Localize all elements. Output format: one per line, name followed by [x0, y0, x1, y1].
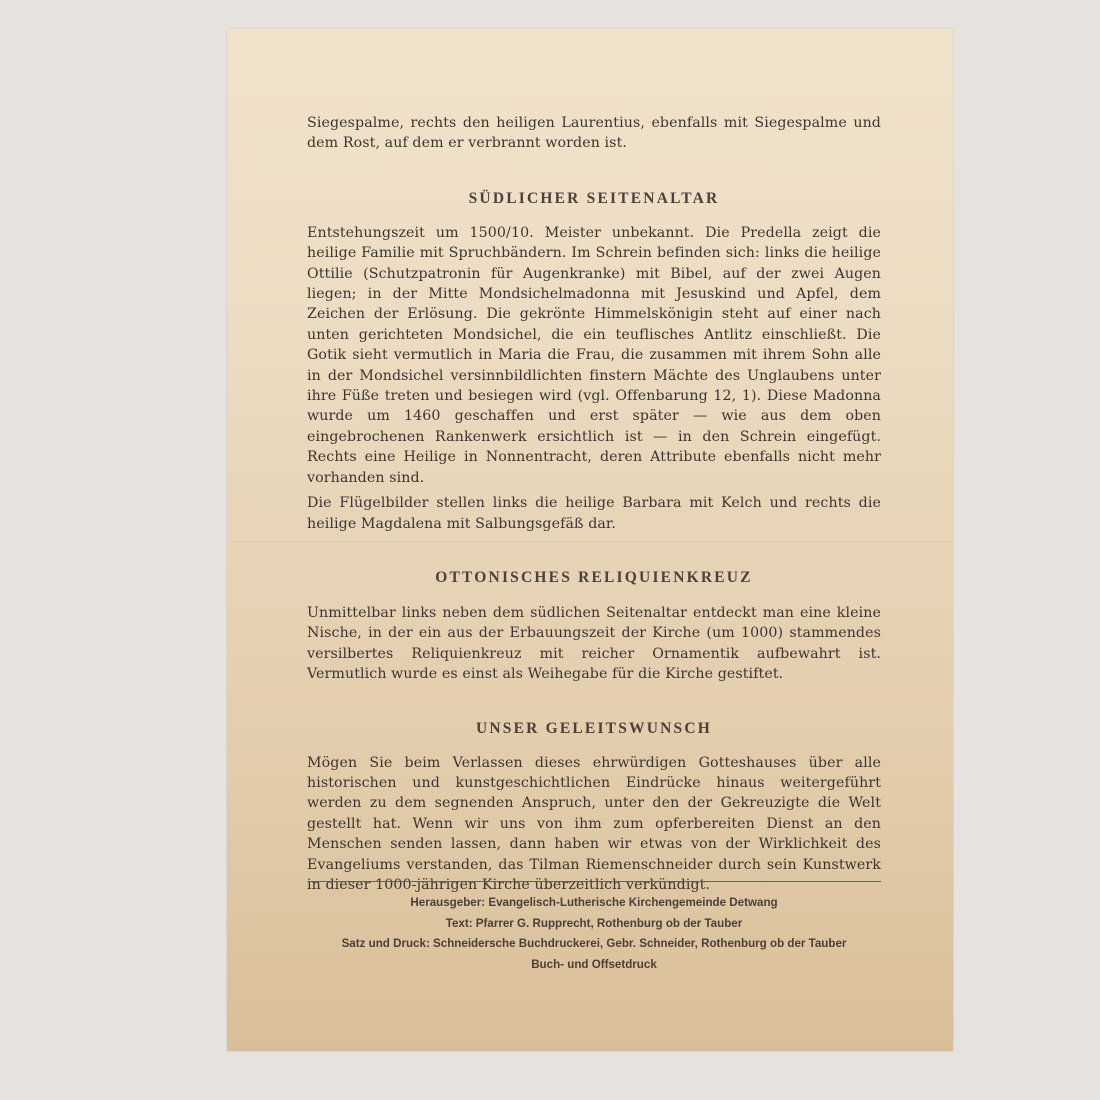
footer-print-type: Buch- und Offsetdruck [287, 955, 901, 976]
section-heading: SÜDLICHER SEITENALTAR [307, 190, 881, 208]
section-heading: UNSER GELEITSWUNSCH [307, 720, 881, 738]
document-page: Siegespalme, rechts den heiligen Laurent… [227, 29, 953, 1051]
section-paragraph: Unmittelbar links neben dem südlichen Se… [307, 603, 881, 685]
footer-text-author: Text: Pfarrer G. Rupprecht, Rothenburg o… [287, 914, 901, 935]
section-paragraph: Mögen Sie beim Verlassen dieses ehrwürdi… [307, 753, 881, 896]
section-paragraph: Die Flügelbilder stellen links die heili… [307, 493, 881, 534]
footer-publisher: Herausgeber: Evangelisch-Lutherische Kir… [287, 893, 901, 914]
imprint-footer: Herausgeber: Evangelisch-Lutherische Kir… [287, 893, 901, 975]
section-paragraph: Entstehungszeit um 1500/10. Meister unbe… [307, 223, 881, 488]
footer-divider [308, 881, 881, 882]
intro-paragraph: Siegespalme, rechts den heiligen Laurent… [307, 113, 881, 154]
footer-printing: Satz und Druck: Schneidersche Buchdrucke… [287, 934, 901, 955]
document-body: Siegespalme, rechts den heiligen Laurent… [307, 113, 881, 900]
section-unser-geleitswunsch: UNSER GELEITSWUNSCH Mögen Sie beim Verla… [307, 720, 881, 896]
section-suedlicher-seitenaltar: SÜDLICHER SEITENALTAR Entstehungszeit um… [307, 190, 881, 534]
section-heading: OTTONISCHES RELIQUIENKREUZ [307, 569, 881, 587]
section-ottonisches-reliquienkreuz: OTTONISCHES RELIQUIENKREUZ Unmittelbar l… [307, 569, 881, 685]
